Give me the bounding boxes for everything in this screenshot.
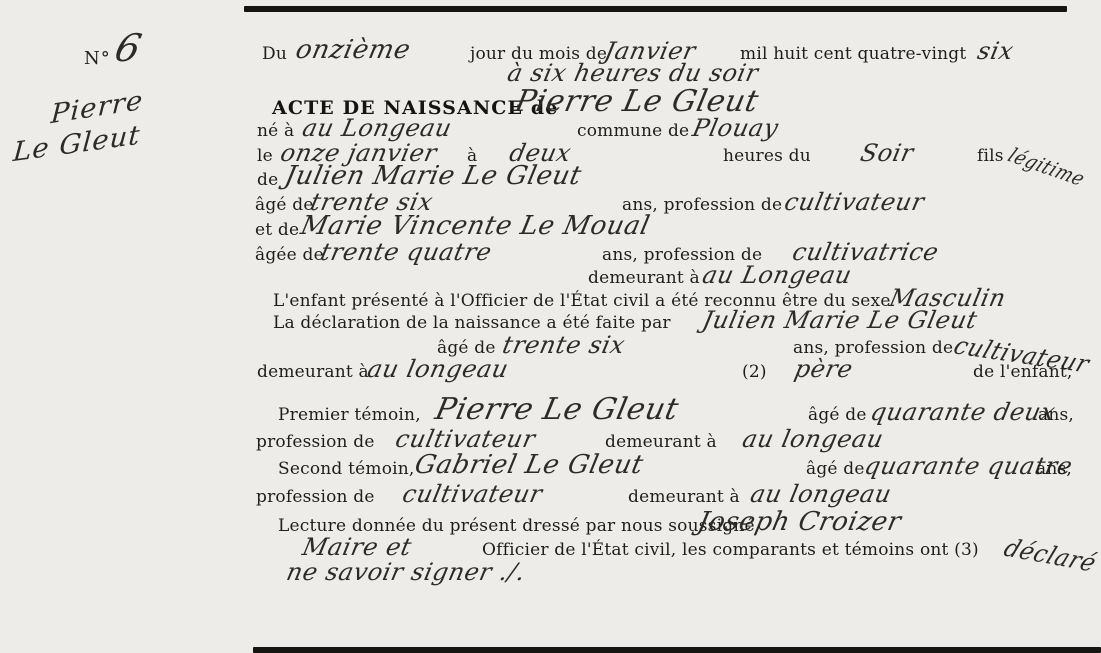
printed-text: né à [257,121,294,141]
printed-text: Second témoin, [278,459,415,479]
handwritten-text: Julien Marie Le Gleut [700,306,980,334]
printed-text: demeurant à [628,487,740,507]
handwritten-text: cultivateur [400,480,545,508]
printed-text: ans, [1036,459,1072,479]
form-line-cannot-sign: ne savoir signer ./. [0,565,1101,601]
printed-text: profession de [256,432,375,452]
printed-text: de [257,170,278,190]
handwritten-text: cultivateur [393,425,538,453]
handwritten-text: trente six [500,331,628,359]
handwritten-text: au longeau [740,425,886,453]
handwritten-text: au longeau [748,480,894,508]
bottom-rule [253,647,1101,653]
printed-text: profession de [256,487,375,507]
handwritten-text: père [792,355,856,383]
printed-text: La déclaration de la naissance a été fai… [273,313,671,333]
handwritten-text: Plouay [690,114,781,142]
printed-text: âgé de [808,405,867,425]
handwritten-text: onzième [293,35,413,65]
handwritten-text: au longeau [365,355,511,383]
handwritten-text: cultivateur [782,188,927,216]
handwritten-text: Soir [858,139,916,167]
printed-text: Du [262,44,287,64]
printed-text: demeurant à [605,432,717,452]
printed-text: commune de [577,121,689,141]
printed-text: le [257,146,273,166]
handwritten-text: Julien Marie Le Gleut [282,161,584,191]
handwritten-text: ne savoir signer ./. [284,558,528,586]
handwritten-text: Joseph Croizer [695,507,904,537]
printed-text: âgé de [806,459,865,479]
handwritten-text: Pierre Le Gleut [432,392,682,427]
printed-text: demeurant à [257,362,369,382]
printed-text: Premier témoin, [278,405,421,425]
handwritten-text: six [975,37,1016,65]
printed-text: et de [255,220,299,240]
printed-text: Officier de l'État civil, les comparants… [482,540,979,560]
birth-certificate-scan: N° 6 Pierre Le Gleut Du onzième jour du … [0,0,1101,653]
printed-text: mil huit cent quatre-vingt [740,44,966,64]
printed-text: demeurant à [588,268,700,288]
printed-text: de l'enfant, [973,362,1072,382]
printed-text: âgée de [255,245,324,265]
handwritten-text: quarante deux [868,398,1058,426]
top-rule [244,6,1067,12]
handwritten-text: Maire et [300,533,414,561]
handwritten-text: trente quatre [318,238,494,266]
printed-text: fils [977,146,1004,166]
printed-text: heures du [723,146,811,166]
handwritten-text: Marie Vincente Le Moual [298,211,653,241]
handwritten-text: au Longeau [700,261,855,289]
printed-text: (2) [742,362,767,382]
handwritten-text: Gabriel Le Gleut [412,450,646,480]
handwritten-text: au Longeau [300,114,455,142]
printed-text: ans, [1038,405,1074,425]
handwritten-text: à six heures du soir [505,59,761,87]
